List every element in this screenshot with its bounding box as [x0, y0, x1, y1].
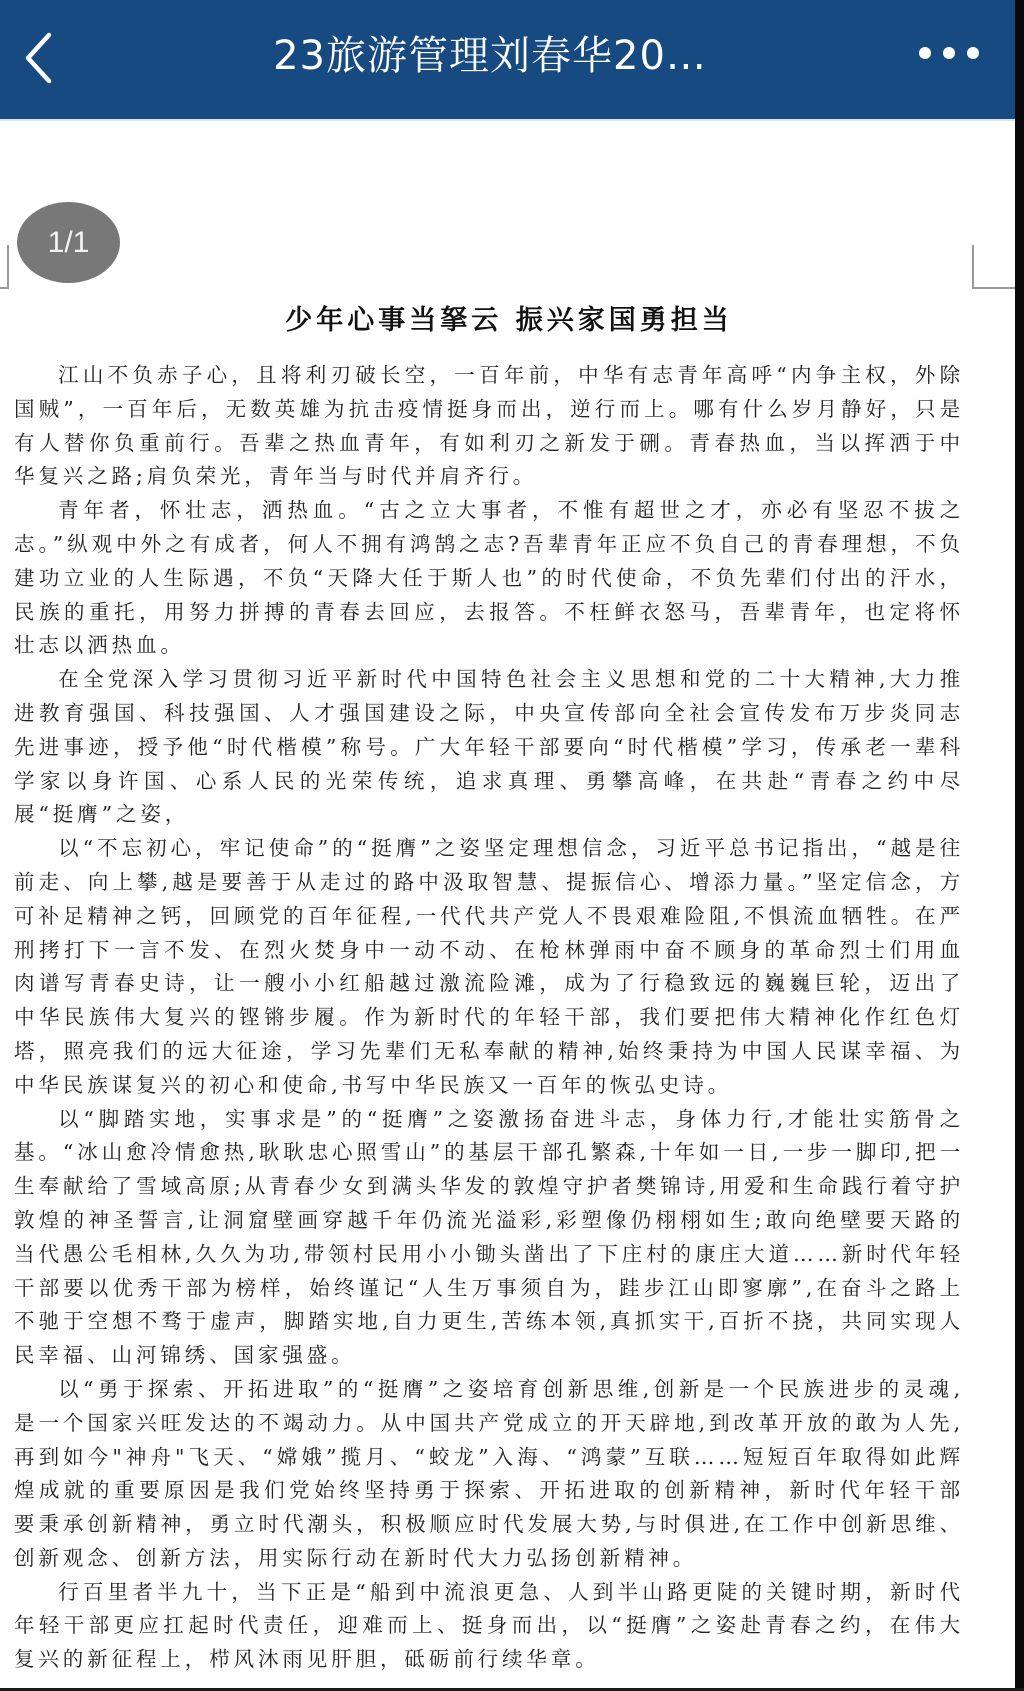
- page-corner-mark-right: [972, 245, 1018, 289]
- essay-title: 少年心事当拏云 振兴家国勇担当: [14, 298, 964, 337]
- paragraph: 青年者，怀壮志，洒热血。“古之立大事者，不惟有超世之才，亦必有坚忍不拔之志。”纵…: [14, 494, 964, 663]
- page-indicator: 1/1: [17, 202, 120, 283]
- paragraph: 以“脚踏实地，实事求是”的“挺膺”之姿激扬奋进斗志，身体力行,才能壮实筋骨之基。…: [14, 1103, 964, 1373]
- paragraph: 行百里者半九十，当下正是“船到中流浪更急、人到半山路更陡的关键时期，新时代年轻干…: [14, 1576, 964, 1677]
- paragraph: 江山不负赤子心，且将利刃破长空，一百年前，中华有志青年高呼“内争主权，外除国贼”…: [14, 359, 964, 494]
- more-options-button[interactable]: [919, 38, 979, 68]
- document-title: 23旅游管理刘春华20…: [200, 0, 780, 105]
- paragraph: 以“勇于探索、开拓进取”的“挺膺”之姿培育创新思维,创新是一个民族进步的灵魂,是…: [14, 1373, 964, 1576]
- paragraph: 在全党深入学习贯彻习近平新时代中国特色社会主义思想和党的二十大精神,大力推进教育…: [14, 663, 964, 832]
- ellipsis-icon-dot: [919, 47, 931, 59]
- ellipsis-icon-dot: [943, 47, 955, 59]
- document-page: 少年心事当拏云 振兴家国勇担当 江山不负赤子心，且将利刃破长空，一百年前，中华有…: [14, 298, 964, 1677]
- chevron-left-icon: [23, 32, 53, 84]
- screen-edge: [1015, 0, 1024, 1691]
- top-app-bar: 23旅游管理刘春华20…: [0, 0, 1015, 121]
- ellipsis-icon-dot: [967, 47, 979, 59]
- paragraph: 以“不忘初心，牢记使命”的“挺膺”之姿坚定理想信念，习近平总书记指出，“越是往前…: [14, 832, 964, 1102]
- back-button[interactable]: [18, 28, 58, 88]
- page-corner-mark-left: [0, 245, 9, 289]
